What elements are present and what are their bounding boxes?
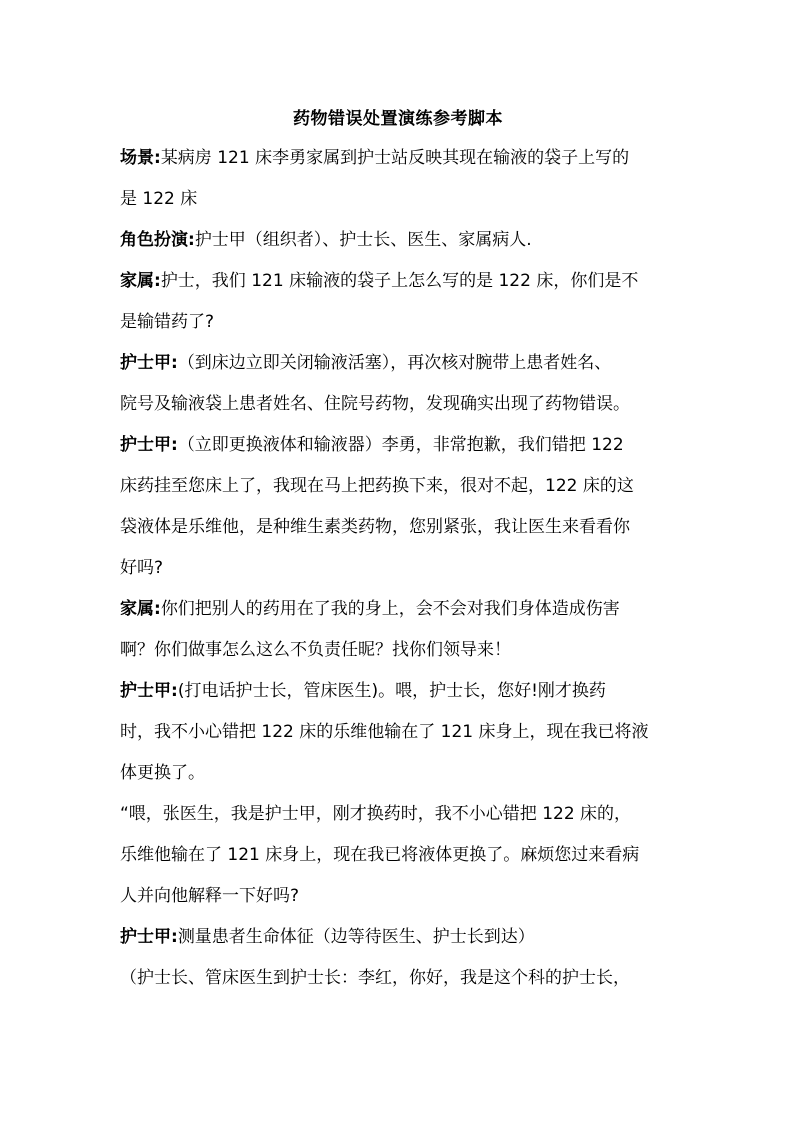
speaker-label: 家属: [120, 271, 161, 291]
paragraph-line: 护士甲:（到床边立即关闭输液活塞），再次核对腕带上患者姓名、 [120, 343, 680, 384]
paragraph-nurse-2: 护士甲:（立即更换液体和输液器）李勇，非常抱歉，我们错把 122 床药挂至您床上… [120, 425, 680, 589]
paragraph-line: 场景:某病房 121 床李勇家属到护士站反映其现在输液的袋子上写的 [120, 138, 680, 179]
paragraph-line: “喂，张医生，我是护士甲，刚才换药时，我不小心错把 122 床的， [120, 794, 680, 835]
paragraph-line: 护士甲:测量患者生命体征（边等待医生、护士长到达） [120, 917, 680, 958]
speaker-label: 护士甲: [120, 353, 178, 373]
line-text: 护士甲（组织者）、护士长、医生、家属病人. [195, 230, 532, 250]
paragraph-head-nurse-arrives: （护士长、管床医生到护士长：李红，你好，我是这个科的护士长， [120, 958, 680, 999]
paragraph-call-doctor: “喂，张医生，我是护士甲，刚才换药时，我不小心错把 122 床的， 乐维他输在了… [120, 794, 680, 917]
speaker-label: 护士甲: [120, 681, 178, 701]
line-text: 你们把别人的药用在了我的身上，会不会对我们身体造成伤害 [161, 599, 620, 619]
paragraph-nurse-4: 护士甲:测量患者生命体征（边等待医生、护士长到达） [120, 917, 680, 958]
speaker-label: 护士甲: [120, 435, 178, 455]
paragraph-line: 体更换了。 [120, 753, 680, 794]
line-text: （到床边立即关闭输液活塞），再次核对腕带上患者姓名、 [178, 353, 612, 373]
paragraph-line: 是输错药了? [120, 302, 680, 343]
speaker-label: 护士甲: [120, 927, 178, 947]
paragraph-line: 护士甲:（立即更换液体和输液器）李勇，非常抱歉，我们错把 122 [120, 425, 680, 466]
paragraph-line: 床药挂至您床上了，我现在马上把药换下来，很对不起，122 床的这 [120, 466, 680, 507]
paragraph-line: 院号及输液袋上患者姓名、住院号药物，发现确实出现了药物错误。 [120, 384, 680, 425]
paragraph-line: （护士长、管床医生到护士长：李红，你好，我是这个科的护士长， [120, 958, 680, 999]
document-title: 药物错误处置演练参考脚本 [116, 100, 680, 138]
paragraph-line: 好吗? [120, 548, 680, 589]
paragraph-nurse-1: 护士甲:（到床边立即关闭输液活塞），再次核对腕带上患者姓名、 院号及输液袋上患者… [120, 343, 680, 425]
paragraph-line: 人并向他解释一下好吗? [120, 876, 680, 917]
paragraph-nurse-3: 护士甲:(打电话护士长，管床医生)。喂，护士长，您好!刚才换药 时，我不小心错把… [120, 671, 680, 794]
line-text: 某病房 121 床李勇家属到护士站反映其现在输液的袋子上写的 [161, 148, 629, 168]
line-text: （立即更换液体和输液器）李勇，非常抱歉，我们错把 122 [178, 435, 624, 455]
paragraph-line: 乐维他输在了 121 床身上，现在我已将液体更换了。麻烦您过来看病 [120, 835, 680, 876]
paragraph-family-2: 家属:你们把别人的药用在了我的身上，会不会对我们身体造成伤害 啊？你们做事怎么这… [120, 589, 680, 671]
line-text: (打电话护士长，管床医生)。喂，护士长，您好!刚才换药 [178, 681, 606, 701]
paragraph-line: 是 122 床 [120, 179, 680, 220]
paragraph-family-1: 家属:护士，我们 121 床输液的袋子上怎么写的是 122 床，你们是不 是输错… [120, 261, 680, 343]
speaker-label: 角色扮演: [120, 230, 195, 250]
speaker-label: 场景: [120, 148, 161, 168]
line-text: 护士，我们 121 床输液的袋子上怎么写的是 122 床，你们是不 [161, 271, 639, 291]
paragraph-line: 护士甲:(打电话护士长，管床医生)。喂，护士长，您好!刚才换药 [120, 671, 680, 712]
paragraph-line: 角色扮演:护士甲（组织者）、护士长、医生、家属病人. [120, 220, 680, 261]
paragraph-line: 啊？你们做事怎么这么不负责任昵？找你们领导来！ [120, 630, 680, 671]
paragraph-line: 家属:护士，我们 121 床输液的袋子上怎么写的是 122 床，你们是不 [120, 261, 680, 302]
speaker-label: 家属: [120, 599, 161, 619]
paragraph-line: 时，我不小心错把 122 床的乐维他输在了 121 床身上，现在我已将液 [120, 712, 680, 753]
paragraph-line: 袋液体是乐维他，是种维生素类药物，您别紧张，我让医生来看看你 [120, 507, 680, 548]
paragraph-scene: 场景:某病房 121 床李勇家属到护士站反映其现在输液的袋子上写的 是 122 … [120, 138, 680, 220]
line-text: 测量患者生命体征（边等待医生、护士长到达） [178, 927, 535, 947]
paragraph-line: 家属:你们把别人的药用在了我的身上，会不会对我们身体造成伤害 [120, 589, 680, 630]
paragraph-roles: 角色扮演:护士甲（组织者）、护士长、医生、家属病人. [120, 220, 680, 261]
document-page: 药物错误处置演练参考脚本 场景:某病房 121 床李勇家属到护士站反映其现在输液… [120, 100, 680, 999]
